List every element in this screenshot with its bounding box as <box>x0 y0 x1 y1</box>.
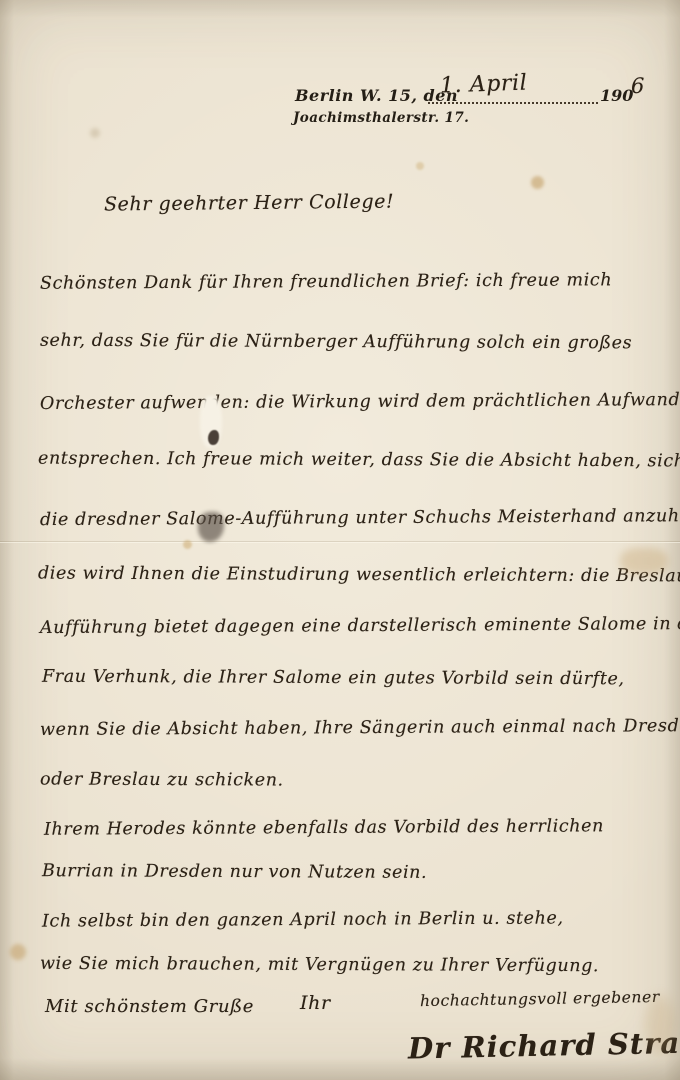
letterhead-year-printed: 190 <box>600 86 633 105</box>
handwriting-line: Frau Verhunk, die Ihrer Salome ein gutes… <box>42 667 625 690</box>
signature: Dr Richard Strauss. <box>408 1024 680 1065</box>
ink-blot <box>208 430 219 445</box>
handwriting-line: die dresdner Salome-Aufführung unter Sch… <box>40 506 680 530</box>
handwriting-line: Burrian in Dresden nur von Nutzen sein. <box>42 861 427 883</box>
handwriting-line: Ich selbst bin den ganzen April noch in … <box>42 908 564 931</box>
handwritten-date: 1. April <box>440 70 528 98</box>
letter-page: Berlin W. 15, den 1. April 190 6 Joachim… <box>0 0 680 1080</box>
fold-crease <box>0 541 680 544</box>
handwriting-line: Schönsten Dank für Ihren freundlichen Br… <box>40 270 612 293</box>
handwriting-line: Aufführung bietet dagegen eine darstelle… <box>40 614 680 638</box>
handwriting-line: wie Sie mich brauchen, mit Vergnügen zu … <box>40 954 599 976</box>
stain-spot <box>531 176 544 189</box>
stain-spot <box>416 162 424 170</box>
handwriting-line: oder Breslau zu schicken. <box>40 769 284 790</box>
stain-spot <box>90 128 100 138</box>
handwriting-line: dies wird Ihnen die Einstudirung wesentl… <box>38 564 680 587</box>
handwriting-line: entsprechen. Ich freue mich weiter, dass… <box>38 449 680 472</box>
handwriting-line: Ihrem Herodes könnte ebenfalls das Vorbi… <box>44 816 604 839</box>
closing-ihr: Ihr <box>300 992 331 1014</box>
stain-spot <box>10 944 26 960</box>
handwriting-line: Orchester aufwenden: die Wirkung wird de… <box>40 390 680 414</box>
closing-formula: hochachtungsvoll ergebener <box>420 988 660 1010</box>
salutation: Sehr geehrter Herr College! <box>104 190 394 215</box>
handwriting-line: sehr, dass Sie für die Nürnberger Auffüh… <box>40 331 632 354</box>
closing-greeting: Mit schönstem Gruße <box>45 996 254 1017</box>
letterhead-street-line: Joachimsthalerstr. 17. <box>293 110 469 126</box>
handwritten-year-digit: 6 <box>631 74 645 98</box>
handwriting-line: wenn Sie die Absicht haben, Ihre Sängeri… <box>40 716 680 740</box>
